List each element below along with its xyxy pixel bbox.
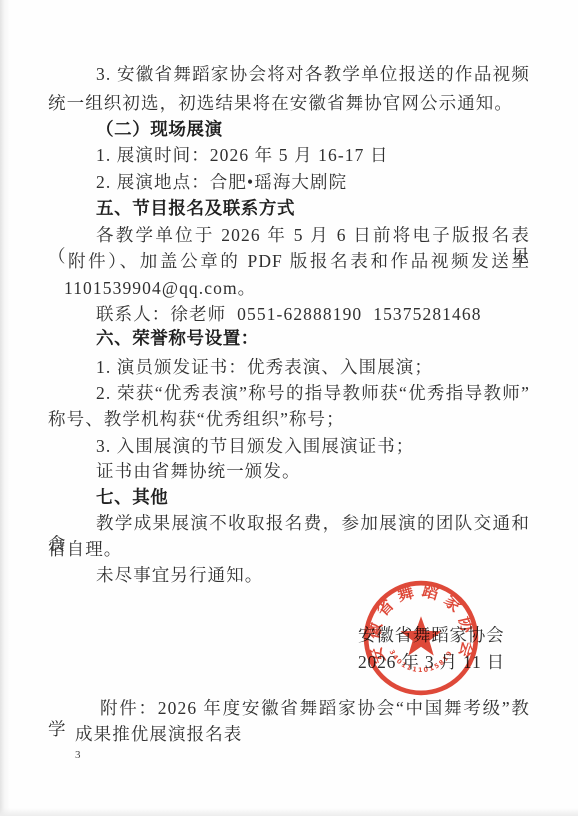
scan-edge-bottom	[0, 808, 578, 816]
paragraph-line: 附件）、加盖公章的 PDF 版报名表和作品视频发送至	[48, 251, 530, 272]
official-seal: 安徽省舞蹈家协会 3401111015819	[362, 579, 480, 697]
section-heading-5-registration: 五、节目报名及联系方式	[48, 198, 530, 219]
email-address-line: 1101539904@qq.com。	[48, 278, 530, 299]
paragraph-line: 3. 安徽省舞蹈家协会将对各教学单位报送的作品视频	[48, 64, 530, 85]
paragraph-line: 证书由省舞协统一颁发。	[48, 461, 530, 482]
seal-star-icon	[400, 616, 441, 655]
paragraph-line: 宿自理。	[48, 539, 530, 560]
list-item-honor-3: 3. 入围展演的节目颁发入围展演证书；	[48, 436, 530, 457]
list-item-honor-2: 2. 荣获“优秀表演”称号的指导教师获“优秀指导教师”	[48, 383, 530, 404]
document-page: 3. 安徽省舞蹈家协会将对各教学单位报送的作品视频 统一组织初选，初选结果将在安…	[0, 0, 578, 816]
contact-person-line: 联系人：徐老师 0551-62888190 15375281468	[48, 304, 530, 325]
list-item-show-time: 1. 展演时间：2026 年 5 月 16-17 日	[48, 145, 530, 166]
scan-edge-left	[0, 0, 10, 816]
subsection-heading-live-show: （二）现场展演	[48, 119, 530, 140]
list-item-show-place: 2. 展演地点：合肥•瑶海大剧院	[48, 172, 530, 193]
section-heading-7-other: 七、其他	[48, 487, 530, 508]
list-item-honor-2-wrap: 称号、教学机构获“优秀组织”称号；	[48, 409, 530, 430]
paragraph-line: 统一组织初选，初选结果将在安徽省舞协官网公示通知。	[48, 93, 530, 114]
page-number: 3	[75, 749, 81, 761]
list-item-honor-1: 1. 演员颁发证书：优秀表演、入围展演；	[48, 357, 530, 378]
seal-serial-number: 3401111015819	[388, 648, 455, 674]
section-heading-6-honors: 六、荣誉称号设置：	[48, 328, 530, 349]
attachment-line-wrap: 成果推优展演报名表	[75, 724, 530, 745]
